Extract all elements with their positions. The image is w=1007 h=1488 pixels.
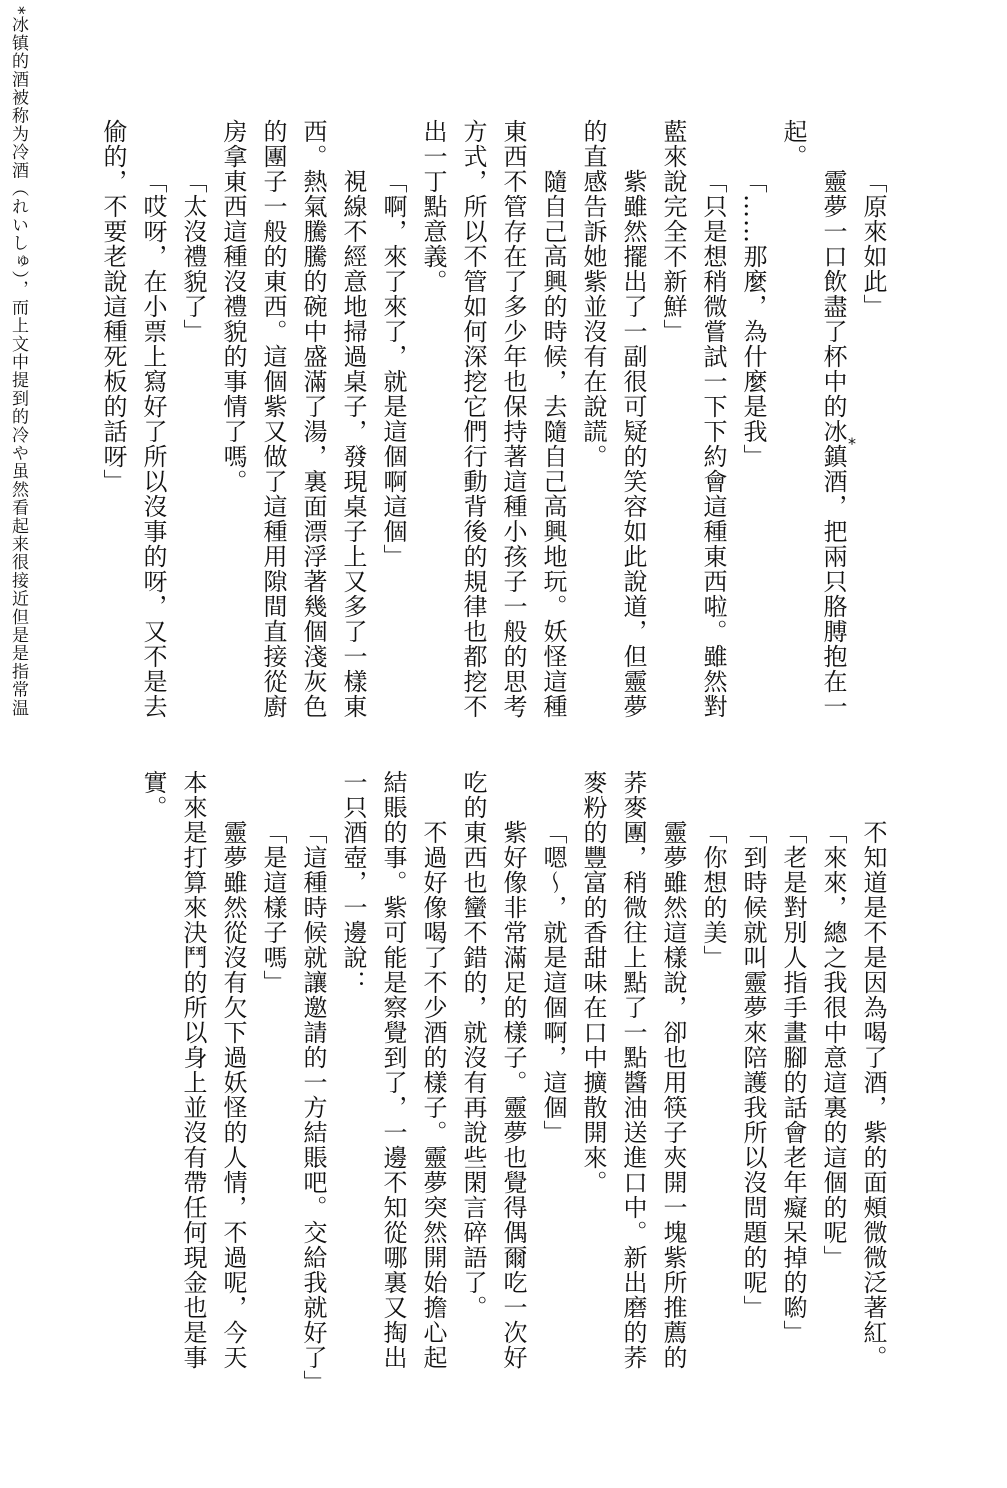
text-column: 荞麥團，稍微往上點了一點醬油送進口中。新出磨的荞 [620,770,646,1370]
text-column: 藍來說完全不新鮮」 [660,119,686,344]
text-column: 房拿東西這種沒禮貌的事情了嗎。 [220,119,246,494]
text-column: 「老是對別人指手畫腳的話會老年癡呆掉的喲」 [780,770,806,1345]
text-column: 偷的，不要老說這種死板的話呀」 [100,119,126,494]
text-column: 起。 [780,119,806,169]
text-column: 紫好像非常滿足的樣子。靈夢也覺得偶爾吃一次好 [500,770,526,1370]
text-column: 實。 [140,770,166,820]
text-column: 的團子一般的東西。這個紫又做了這種用隙間直接從廚 [260,119,286,719]
text-column: 不過好像喝了不少酒的樣子。靈夢突然開始擔心起 [420,770,446,1370]
text-column: 方式，所以不管如何深挖它們行動背後的規律也都挖不 [460,119,486,719]
text-column: 「啊，來了來了，就是這個啊這個」 [380,119,406,569]
text-column: 吃的東西也蠻不錯的，就沒有再說些閑言碎語了。 [460,770,486,1320]
text-column: 結賬的事。紫可能是察覺到了，一邊不知從哪裏又掏出 [380,770,406,1370]
text-column: 麥粉的豐富的香甜味在口中擴散開來。 [580,770,606,1195]
text-column: 「哎呀，在小票上寫好了所以沒事的呀，又不是去 [140,119,166,719]
text-column: 視線不經意地掃過桌子，發現桌子上又多了一樣東 [340,119,366,719]
text-column: 「是這樣子嗎」 [260,770,286,995]
lower-text-block: 不知道是不是因為喝了酒，紫的面頰微微泛著紅。 「來來，總之我很中意這裏的這個的呢… [0,770,1007,1380]
text-column: 不知道是不是因為喝了酒，紫的面頰微微泛著紅。 [860,770,886,1370]
text-column: 「這種時候就讓邀請的一方結賬吧。交給我就好了」 [300,770,326,1395]
text-column: 「到時候就叫靈夢來陪護我所以沒問題的呢」 [740,770,766,1320]
text-column: 「……那麼，為什麼是我」 [740,119,766,469]
text-column: 「嗯～，就是這個啊，這個」 [540,770,566,1145]
upper-text-block: 「原來如此」 靈夢一口飲盡了杯中的冰鎮酒，把兩只胳膊抱在一 起。 「……那麼，為… [0,119,1007,729]
book-page: *冰镇的酒被称为冷酒（れいしゅ），而上文中提到的冷や虽然看起来很接近但是是指常温… [0,0,1007,1488]
text-column: 本來是打算來決鬥的所以身上並沒有帶任何現金也是事 [180,770,206,1370]
footnote-marker: * [848,436,856,452]
text-column: 西。熱氣騰騰的碗中盛滿了湯，裏面漂浮著幾個淺灰色 [300,119,326,719]
text-column: 隨自己高興的時候，去隨自己高興地玩。妖怪這種 [540,119,566,719]
text-column: 紫雖然擺出了一副很可疑的笑容如此說道，但靈夢 [620,119,646,719]
text-column: 靈夢雖然這樣說，卻也用筷子夾開一塊紫所推薦的 [660,770,686,1370]
text-column: 靈夢雖然從沒有欠下過妖怪的人情，不過呢，今天 [220,770,246,1370]
text-column: 靈夢一口飲盡了杯中的冰鎮酒，把兩只胳膊抱在一 [820,119,846,719]
text-column: 一只酒壺，一邊說： [340,770,366,995]
text-column: 出一丁點意義。 [420,119,446,294]
text-column: 「只是想稍微嘗試一下下約會這種東西啦。雖然對 [700,119,726,719]
text-column: 「來來，總之我很中意這裏的這個的呢」 [820,770,846,1270]
text-column: 東西不管存在了多少年也保持著這種小孩子一般的思考 [500,119,526,719]
text-column: 「原來如此」 [860,119,886,319]
text-column: 「太沒禮貌了」 [180,119,206,344]
text-column: 的直感告訴她紫並沒有在說謊。 [580,119,606,469]
text-column: 「你想的美」 [700,770,726,970]
